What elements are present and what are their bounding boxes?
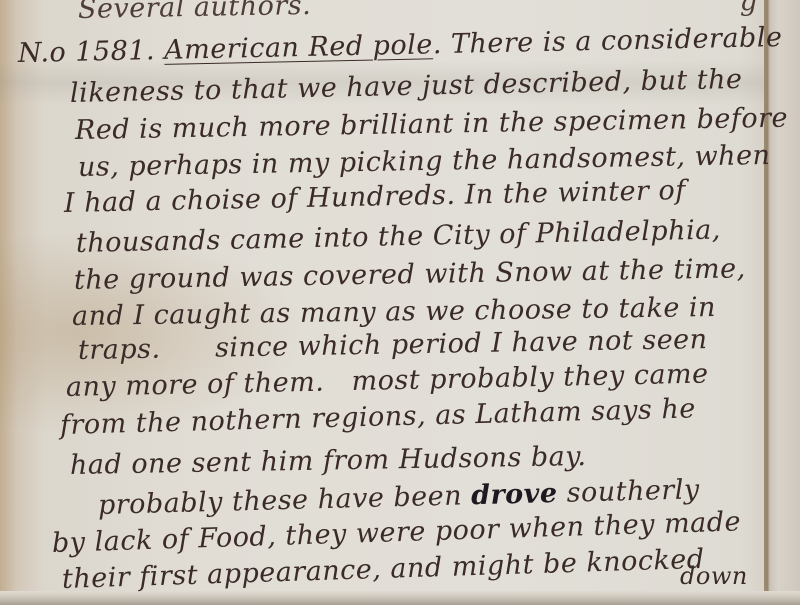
catchword: down bbox=[680, 562, 748, 590]
line-text: thousands came into the City of Philadel… bbox=[76, 214, 721, 259]
line-text: probably these have been bbox=[98, 480, 472, 521]
catchword-text: down bbox=[680, 562, 748, 590]
line-2-entry-heading: N.o 1581. American Red pole. There is a … bbox=[18, 22, 783, 69]
line-7: thousands came into the City of Philadel… bbox=[76, 214, 721, 259]
line-3: likeness to that we have just described,… bbox=[70, 64, 743, 109]
line-text: the ground was covered with Snow at the … bbox=[74, 253, 746, 296]
fragment-text: g bbox=[740, 0, 758, 17]
top-right-fragment: g bbox=[740, 0, 758, 17]
line-1: Several authors. bbox=[78, 0, 312, 25]
species-title: American Red pole bbox=[164, 29, 433, 66]
line-text: southerly bbox=[557, 474, 700, 509]
line-13: had one sent him from Hudsons bay. bbox=[70, 441, 587, 481]
line-text: Several authors. bbox=[78, 0, 312, 25]
handwritten-text: Several authors. g N.o 1581. American Re… bbox=[0, 0, 770, 600]
overwritten-word: drove bbox=[471, 478, 558, 511]
entry-number: N.o 1581. bbox=[18, 35, 156, 69]
line-text: . There is a considerable bbox=[432, 22, 782, 60]
line-4: Red is much more brilliant in the specim… bbox=[75, 103, 788, 146]
line-text: had one sent him from Hudsons bay. bbox=[70, 441, 587, 481]
line-8: the ground was covered with Snow at the … bbox=[74, 253, 746, 296]
line-text: Red is much more brilliant in the specim… bbox=[75, 103, 788, 146]
line-text: likeness to that we have just described,… bbox=[70, 64, 743, 109]
manuscript-page: Several authors. g N.o 1581. American Re… bbox=[0, 0, 800, 605]
